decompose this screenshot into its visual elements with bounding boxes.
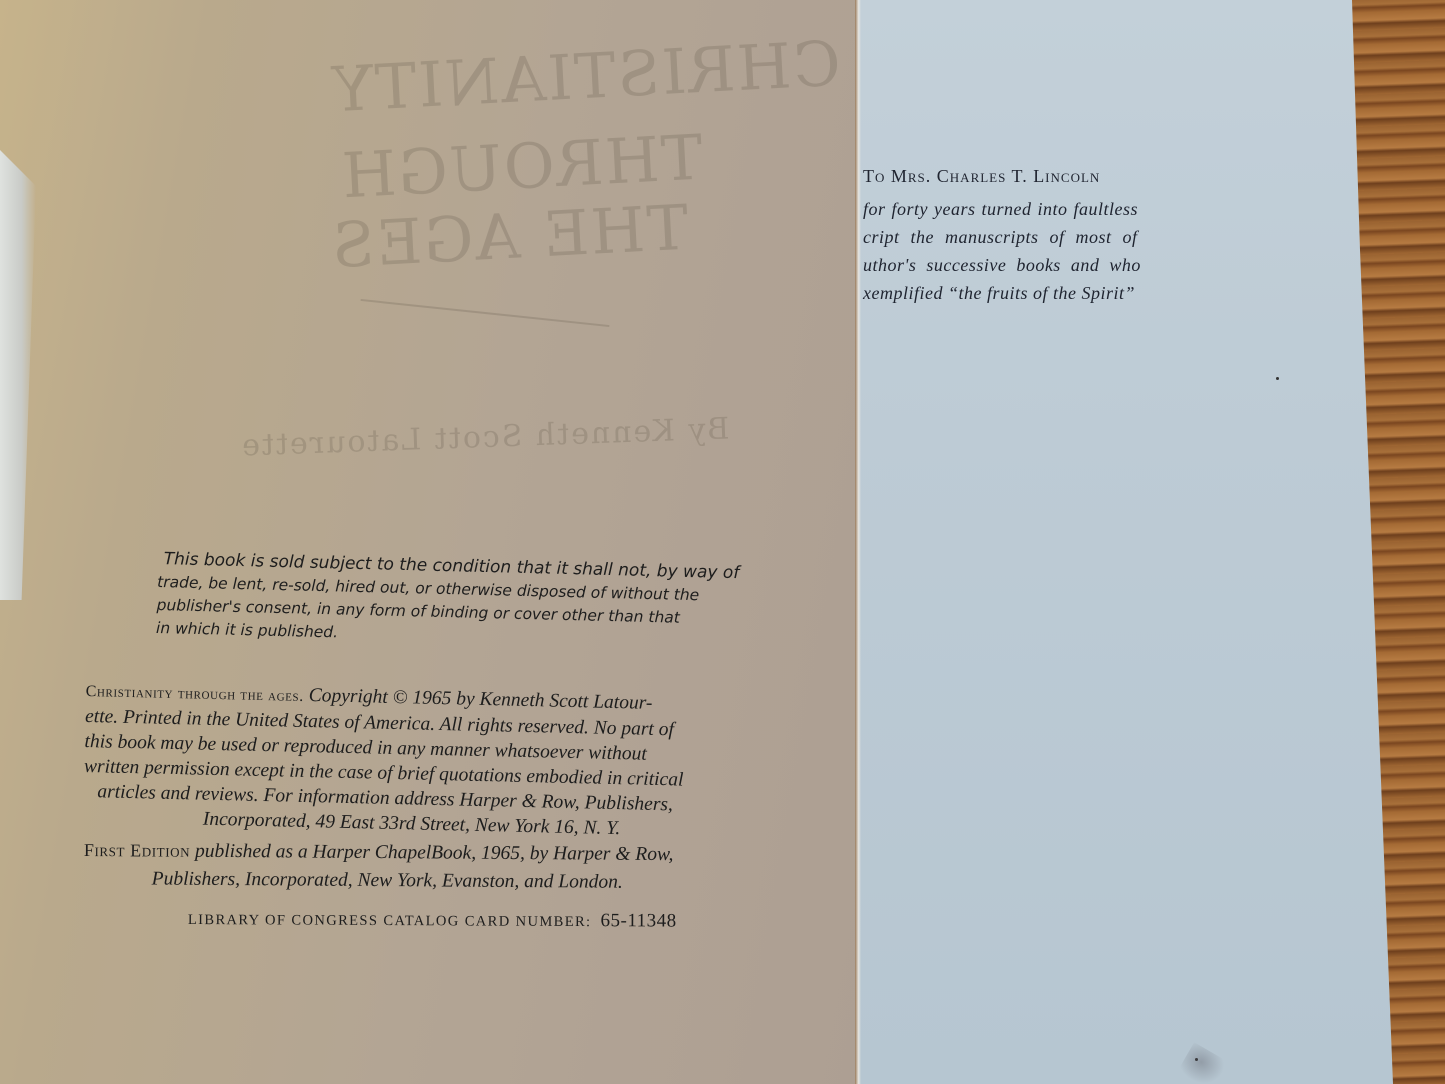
dedication-line: for forty years turned into faultless [863, 195, 1141, 223]
copyright-page: CHRISTIANITY THROUGH THE AGES By Kenneth… [0, 0, 860, 1084]
dedication-line: xemplified “the fruits of the Spirit” [863, 279, 1141, 307]
dedication-page: To Mrs. Charles T. Lincoln for forty yea… [855, 0, 1395, 1084]
torn-page-edge [855, 0, 861, 1084]
lccn-label: LIBRARY OF CONGRESS CATALOG CARD NUMBER: [188, 912, 592, 930]
edition-line: Publishers, Incorporated, New York, Evan… [84, 865, 784, 898]
dedication-line: cript the manuscripts of most of [863, 223, 1141, 251]
edition-notice: First Edition published as a Harper Chap… [84, 836, 784, 898]
paper-speck [1276, 377, 1279, 380]
dedication: To Mrs. Charles T. Lincoln for forty yea… [863, 166, 1141, 307]
show-through-rule [361, 299, 610, 327]
book-title-smallcaps: Christianity through the ages. [86, 683, 305, 705]
dedication-line: uthor's successive books and who [863, 251, 1141, 279]
show-through-title-line-1: CHRISTIANITY [328, 27, 842, 127]
edition-label: First Edition [84, 840, 190, 861]
lccn-line: LIBRARY OF CONGRESS CATALOG CARD NUMBER:… [188, 908, 677, 933]
show-through-byline: By Kenneth Scott Latourette [240, 411, 730, 463]
copyright-notice: Christianity through the ages. Copyright… [83, 678, 786, 845]
lccn-number: 65-11348 [600, 910, 676, 931]
paper-smudge [1177, 1042, 1229, 1084]
sale-notice: This book is sold subject to the conditi… [156, 548, 738, 654]
edition-text: published as a Harper ChapelBook, 1965, … [190, 841, 673, 865]
page-fold [0, 150, 36, 600]
dedication-heading: To Mrs. Charles T. Lincoln [863, 166, 1141, 187]
